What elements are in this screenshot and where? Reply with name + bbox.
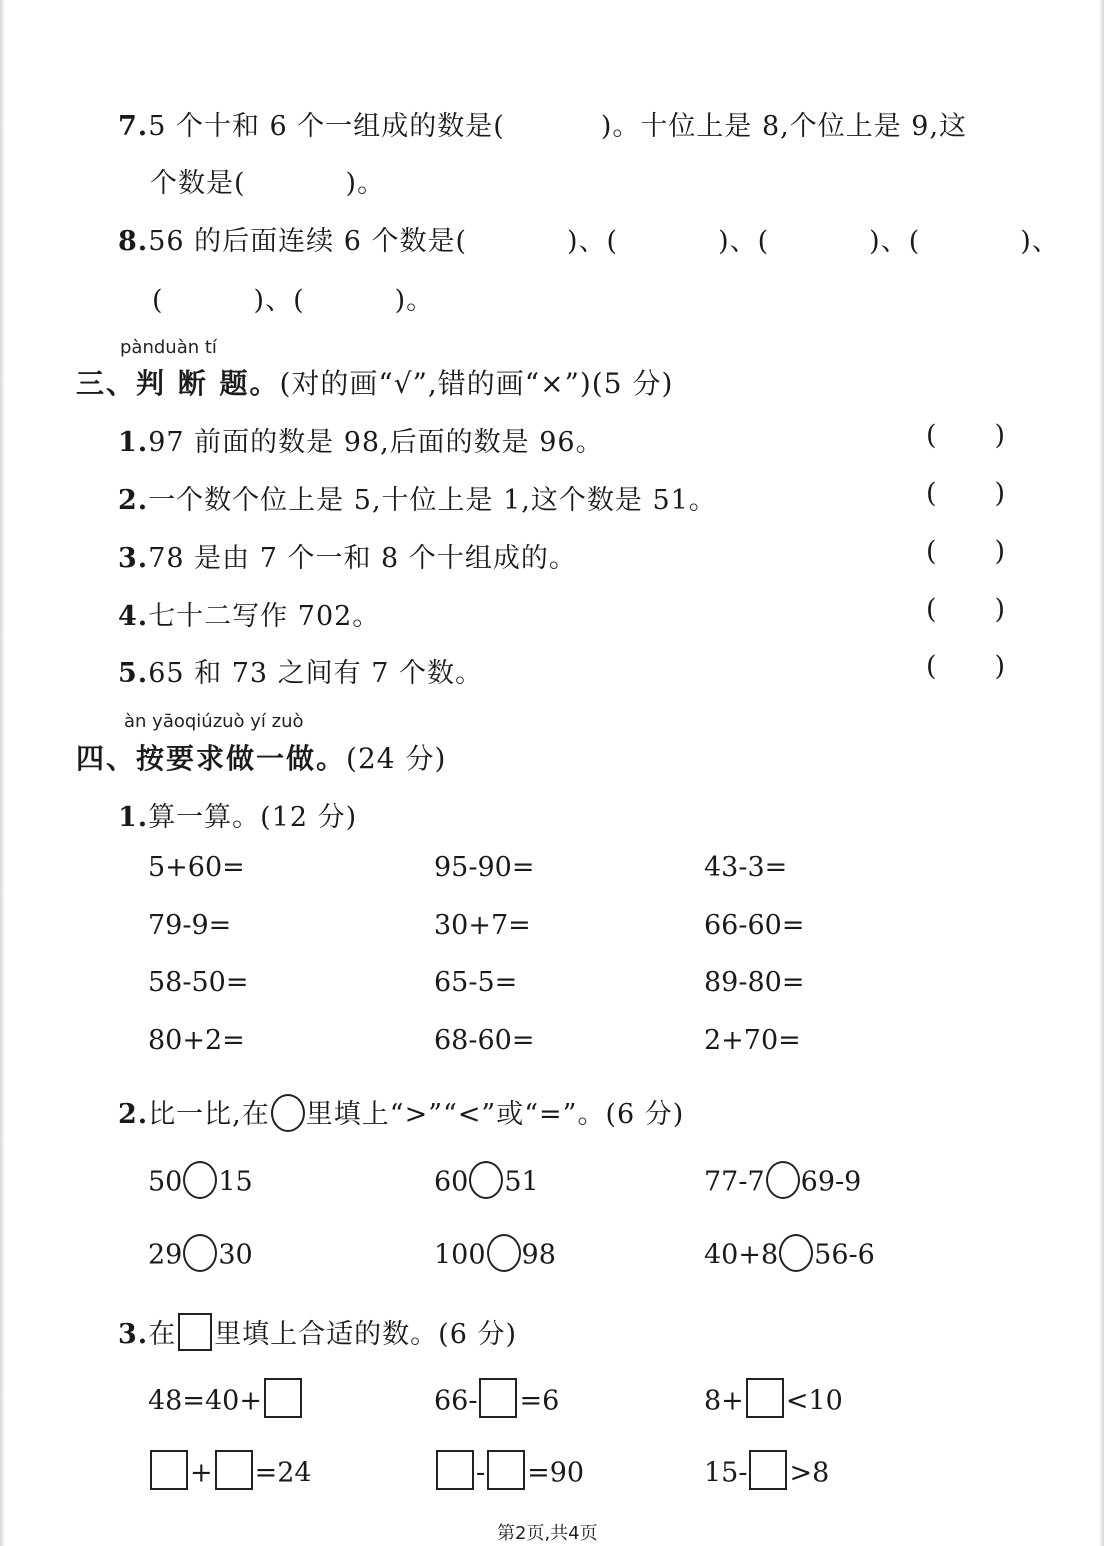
expr-text: + <box>190 1458 213 1489</box>
expr-text: =24 <box>255 1458 312 1489</box>
separator: )、( <box>254 285 305 316</box>
answer-box[interactable] <box>749 1450 787 1490</box>
expr-text: <10 <box>786 1386 843 1417</box>
separator: )、( <box>869 226 920 257</box>
judge-item-4: 4.七十二写作 702。 <box>118 594 380 633</box>
section-note: (24 分) <box>346 742 446 775</box>
judge-answer-3[interactable]: () <box>926 536 1016 567</box>
compare-left: 29 <box>148 1240 182 1271</box>
fill-box-heading: 3.在里填上合适的数。(6 分) <box>118 1312 517 1355</box>
fill-box-item: 8+<10 <box>704 1382 843 1422</box>
item-number: 3. <box>118 543 148 574</box>
section-4-pinyin: àn yāoqiúzuò yí zuò <box>124 711 304 732</box>
answer-box[interactable] <box>264 1378 302 1418</box>
item-title: 里填上“>”“<”或“=”。(6 分) <box>306 1099 685 1130</box>
judge-item-5: 5.65 和 73 之间有 7 个数。 <box>118 651 483 690</box>
item-number: 5. <box>118 658 148 689</box>
compare-circle[interactable] <box>766 1161 800 1199</box>
page-edge-right <box>1099 0 1104 1546</box>
question-text: 5 个十和 6 个一组成的数是( <box>148 111 505 142</box>
question-text: )。十位上是 8,个位上是 9,这 <box>601 111 967 142</box>
item-text: 一个数个位上是 5,十位上是 1,这个数是 51。 <box>148 485 717 516</box>
separator: )、 <box>1020 226 1060 257</box>
expr-text: 15- <box>704 1458 747 1489</box>
expr-text: >8 <box>789 1458 829 1489</box>
expr-text: - <box>476 1458 485 1489</box>
paren-open: ( <box>926 651 937 682</box>
compare-left: 77-7 <box>704 1167 765 1198</box>
compare-left: 40+8 <box>704 1240 778 1271</box>
answer-box[interactable] <box>436 1450 474 1490</box>
judge-answer-1[interactable]: () <box>926 420 1016 451</box>
calc-expr[interactable]: 5+60= <box>148 852 245 883</box>
expr-text: 66- <box>434 1386 477 1417</box>
paren-open: ( <box>926 594 937 625</box>
judge-answer-4[interactable]: () <box>926 594 1016 625</box>
compare-circle[interactable] <box>487 1234 521 1272</box>
judge-item-1: 1.97 前面的数是 98,后面的数是 96。 <box>118 420 604 459</box>
calc-heading: 1.算一算。(12 分) <box>118 795 357 834</box>
item-text: 97 前面的数是 98,后面的数是 96。 <box>148 427 603 458</box>
section-title: 三、判 断 题。 <box>76 367 280 400</box>
compare-item: 2930 <box>148 1237 253 1275</box>
question-8-line-1: 8.56 的后面连续 6 个数是()、()、()、()、 <box>118 219 1060 258</box>
separator: )。 <box>395 285 435 316</box>
compare-heading: 2.比一比,在里填上“>”“<”或“=”。(6 分) <box>118 1092 684 1135</box>
item-title: 算一算。(12 分) <box>148 802 357 833</box>
compare-left: 60 <box>434 1167 468 1198</box>
question-text: )。 <box>346 168 386 199</box>
judge-answer-2[interactable]: () <box>926 478 1016 509</box>
compare-circle[interactable] <box>469 1161 503 1199</box>
compare-item: 6051 <box>434 1164 539 1202</box>
question-7-line-2: 个数是()。 <box>150 161 385 200</box>
calc-expr[interactable]: 95-90= <box>434 852 534 883</box>
item-title: 在 <box>148 1319 176 1350</box>
expr-text: 48=40+ <box>148 1386 262 1417</box>
question-number: 7. <box>118 111 148 142</box>
calc-expr[interactable]: 58-50= <box>148 967 248 998</box>
paren-close: ) <box>995 478 1006 509</box>
calc-expr[interactable]: 65-5= <box>434 967 517 998</box>
compare-left: 100 <box>434 1240 486 1271</box>
item-title: 比一比,在 <box>148 1099 270 1130</box>
calc-expr[interactable]: 66-60= <box>704 910 804 941</box>
separator: )、( <box>567 226 618 257</box>
expr-text: =90 <box>527 1458 584 1489</box>
compare-right: 69-9 <box>801 1167 862 1198</box>
fill-box-item: +=24 <box>148 1454 312 1494</box>
item-number: 2. <box>118 1099 148 1130</box>
judge-item-3: 3.78 是由 7 个一和 8 个十组成的。 <box>118 536 577 575</box>
fill-box-item: -=90 <box>434 1454 584 1494</box>
paren-close: ) <box>995 594 1006 625</box>
compare-item: 77-769-9 <box>704 1164 861 1202</box>
item-text: 78 是由 7 个一和 8 个十组成的。 <box>148 543 577 574</box>
expr-text: =6 <box>519 1386 559 1417</box>
paren-open: ( <box>152 285 164 316</box>
item-number: 1. <box>118 427 148 458</box>
section-title: 四、按要求做一做。 <box>76 742 346 775</box>
answer-box[interactable] <box>487 1450 525 1490</box>
item-text: 65 和 73 之间有 7 个数。 <box>148 658 483 689</box>
compare-circle[interactable] <box>779 1234 813 1272</box>
paren-close: ) <box>995 420 1006 451</box>
item-text: 七十二写作 702。 <box>148 601 380 632</box>
calc-expr[interactable]: 30+7= <box>434 910 531 941</box>
calc-expr[interactable]: 43-3= <box>704 852 787 883</box>
calc-expr[interactable]: 89-80= <box>704 967 804 998</box>
answer-box[interactable] <box>215 1450 253 1490</box>
answer-box[interactable] <box>150 1450 188 1490</box>
question-text: 个数是( <box>150 168 246 199</box>
page-number: 第2页,共4页 <box>497 1519 598 1545</box>
item-number: 2. <box>118 485 148 516</box>
compare-item: 40+856-6 <box>704 1237 875 1275</box>
calc-expr[interactable]: 80+2= <box>148 1025 245 1056</box>
section-note: (对的画“√”,错的画“×”)(5 分) <box>280 367 674 400</box>
section-3-heading: 三、判 断 题。(对的画“√”,错的画“×”)(5 分) <box>76 362 673 402</box>
fill-box-item: 48=40+ <box>148 1382 304 1422</box>
expr-text: 8+ <box>704 1386 744 1417</box>
paren-open: ( <box>926 536 937 567</box>
item-title: 里填上合适的数。(6 分) <box>214 1319 517 1350</box>
question-text: 56 的后面连续 6 个数是( <box>148 226 467 257</box>
page-edge-left <box>0 0 5 1546</box>
paren-open: ( <box>926 420 937 451</box>
compare-circle[interactable] <box>183 1161 217 1199</box>
calc-expr[interactable]: 68-60= <box>434 1025 534 1056</box>
compare-circle[interactable] <box>183 1234 217 1272</box>
fill-box-item: 15->8 <box>704 1454 829 1494</box>
compare-right: 15 <box>218 1167 252 1198</box>
calc-expr[interactable]: 79-9= <box>148 910 231 941</box>
circle-icon <box>271 1094 305 1132</box>
item-number: 4. <box>118 601 148 632</box>
section-4-heading: 四、按要求做一做。(24 分) <box>76 737 446 777</box>
compare-item: 10098 <box>434 1237 556 1275</box>
compare-right: 98 <box>522 1240 556 1271</box>
question-7-line-1: 7.5 个十和 6 个一组成的数是()。十位上是 8,个位上是 9,这 <box>118 104 967 143</box>
section-3-pinyin: pànduàn tí <box>120 337 217 358</box>
answer-box[interactable] <box>479 1378 517 1418</box>
compare-right: 56-6 <box>814 1240 875 1271</box>
question-number: 8. <box>118 226 148 257</box>
calc-expr[interactable]: 2+70= <box>704 1025 801 1056</box>
compare-right: 30 <box>218 1240 252 1271</box>
paren-close: ) <box>995 536 1006 567</box>
fill-box-item: 66-=6 <box>434 1382 559 1422</box>
item-number: 1. <box>118 802 148 833</box>
paren-close: ) <box>995 651 1006 682</box>
question-8-line-2: ()、()。 <box>152 278 434 317</box>
answer-box[interactable] <box>746 1378 784 1418</box>
square-icon <box>178 1313 212 1351</box>
paren-open: ( <box>926 478 937 509</box>
compare-right: 51 <box>504 1167 538 1198</box>
compare-left: 50 <box>148 1167 182 1198</box>
item-number: 3. <box>118 1319 148 1350</box>
judge-answer-5[interactable]: () <box>926 651 1016 682</box>
compare-item: 5015 <box>148 1164 253 1202</box>
judge-item-2: 2.一个数个位上是 5,十位上是 1,这个数是 51。 <box>118 478 717 517</box>
separator: )、( <box>718 226 769 257</box>
